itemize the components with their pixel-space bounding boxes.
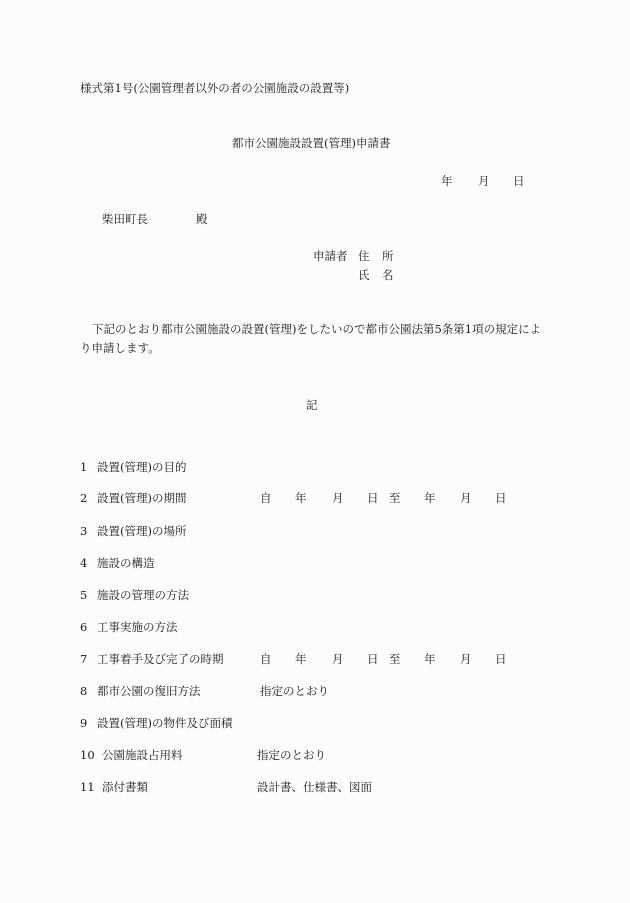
- item-number: 3: [80, 524, 87, 538]
- item-label: 添付書類: [102, 780, 148, 794]
- date-month-label: 月: [478, 174, 490, 188]
- document-title: 都市公園施設設置(管理)申請書: [232, 136, 390, 150]
- item-number: 10: [80, 748, 95, 762]
- item-label: 都市公園の復旧方法: [97, 684, 201, 698]
- period-to-day-label: 日: [495, 652, 507, 666]
- item-value: 指定のとおり: [260, 684, 329, 698]
- item-number: 4: [80, 556, 87, 570]
- period-to-month-label: 月: [460, 652, 472, 666]
- item-label: 設置(管理)の期間: [97, 491, 186, 505]
- item-label: 工事実施の方法: [97, 620, 178, 634]
- period-from-year-label: 年: [295, 652, 307, 666]
- item-label: 施設の構造: [97, 556, 155, 570]
- item-number: 11: [80, 780, 95, 794]
- period-to-label: 至: [389, 652, 401, 666]
- period-from-day-label: 日: [367, 652, 379, 666]
- item-label: 公園施設占用料: [102, 748, 183, 762]
- period-from-month-label: 月: [332, 491, 344, 505]
- item-label: 施設の管理の方法: [97, 588, 189, 602]
- item-value: 設計書、仕様書、図面: [257, 780, 372, 794]
- period-from-day-label: 日: [367, 491, 379, 505]
- item-label: 設置(管理)の物件及び面積: [97, 716, 232, 730]
- period-to-year-label: 年: [424, 491, 436, 505]
- item-number: 9: [80, 716, 87, 730]
- period-from-year-label: 年: [295, 491, 307, 505]
- item-number: 6: [80, 620, 87, 634]
- item-label: 設置(管理)の場所: [97, 524, 186, 538]
- address-label-1: 住: [358, 249, 370, 263]
- date-day-label: 日: [513, 174, 525, 188]
- address-label-2: 所: [382, 249, 394, 263]
- period-to-day-label: 日: [495, 491, 507, 505]
- ki-heading: 記: [306, 398, 318, 412]
- period-to-month-label: 月: [460, 491, 472, 505]
- period-from-label: 自: [260, 491, 272, 505]
- form-label: 様式第1号(公園管理者以外の者の公園施設の設置等): [80, 81, 349, 95]
- item-label: 工事着手及び完了の時期: [97, 652, 224, 666]
- name-label-2: 名: [382, 268, 394, 282]
- body-text-line-1: 下記のとおり都市公園施設の設置(管理)をしたいので都市公園法第5条第1項の規定に…: [92, 322, 541, 336]
- period-from-month-label: 月: [332, 652, 344, 666]
- item-number: 8: [80, 684, 87, 698]
- item-number: 7: [80, 652, 87, 666]
- addressee-name: 柴田町長: [102, 212, 148, 226]
- name-label-1: 氏: [358, 268, 370, 282]
- item-label: 設置(管理)の目的: [97, 460, 186, 474]
- item-value: 指定のとおり: [257, 748, 326, 762]
- period-to-label: 至: [389, 491, 401, 505]
- item-number: 2: [80, 491, 87, 505]
- body-text-line-2: り申請します。: [80, 341, 160, 355]
- period-from-label: 自: [260, 652, 272, 666]
- applicant-label: 申請者: [313, 249, 348, 263]
- date-year-label: 年: [441, 174, 453, 188]
- item-number: 5: [80, 588, 87, 602]
- period-to-year-label: 年: [424, 652, 436, 666]
- item-number: 1: [80, 460, 87, 474]
- addressee-honorific: 殿: [196, 212, 208, 226]
